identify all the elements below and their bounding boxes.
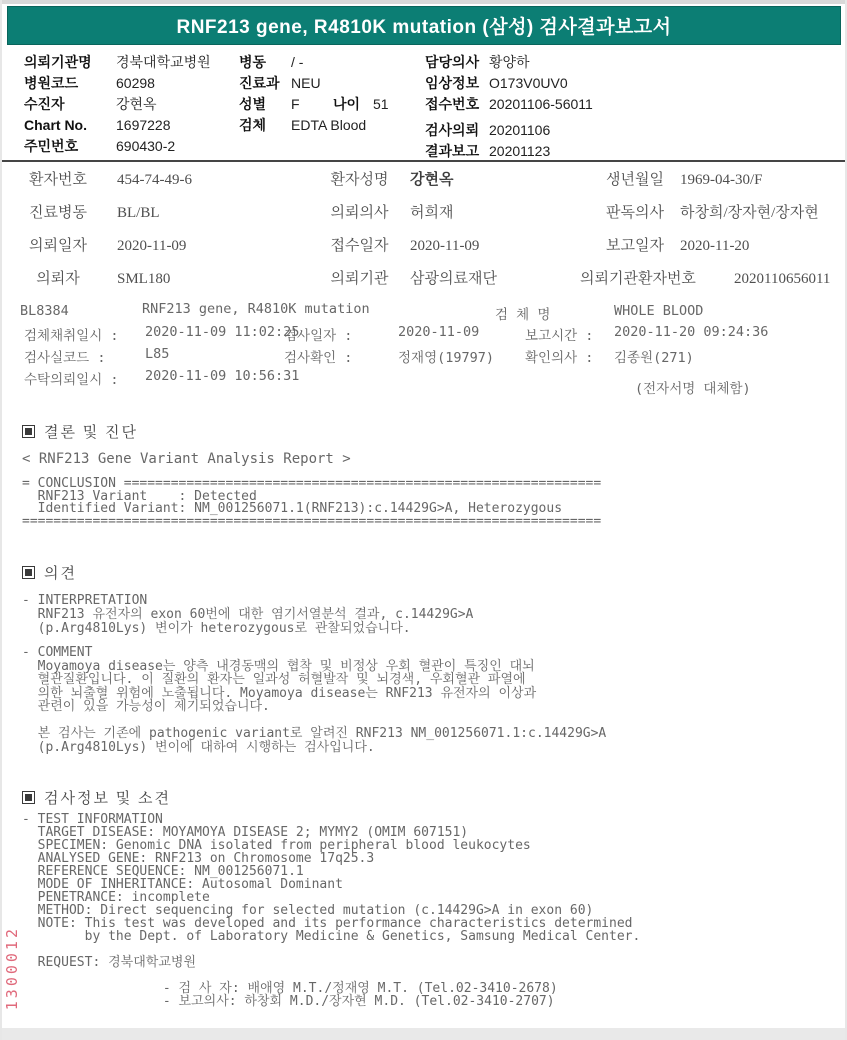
field-value: 20201106-56011 bbox=[489, 94, 593, 115]
header-field: 접수번호 20201106-56011 bbox=[425, 94, 725, 115]
field-value: 2020-11-09 bbox=[398, 324, 479, 340]
field-label: 병동 bbox=[239, 52, 291, 73]
field-value: 정재영(19797) bbox=[398, 346, 494, 366]
field-value: 2020110656011 bbox=[734, 271, 847, 287]
field-label: 의뢰자 bbox=[24, 271, 92, 288]
header-field: 주민번호 690430-2 bbox=[24, 136, 236, 157]
test-name: RNF213 gene, R4810K mutation bbox=[142, 301, 370, 317]
header-field: 병원코드 60298 bbox=[24, 73, 236, 94]
field-value: 경북대학교병원 bbox=[116, 52, 211, 73]
field-label: 검체 bbox=[239, 115, 291, 136]
field-value: NEU bbox=[291, 73, 321, 94]
field-label: 검사일자 : bbox=[284, 324, 352, 344]
field-value: O173V0UV0 bbox=[489, 73, 568, 94]
field-value: 1969-04-30/F bbox=[680, 172, 763, 189]
field-value: 51 bbox=[373, 94, 389, 115]
field-value: SML180 bbox=[117, 271, 170, 288]
field-label: 검사실코드 : bbox=[24, 346, 105, 366]
report-subtitle: < RNF213 Gene Variant Analysis Report > bbox=[22, 451, 351, 467]
field-value: 20201123 bbox=[489, 141, 550, 162]
field-value: F bbox=[291, 94, 333, 115]
header-info-col3: 담당의사 황양하 임상정보 O173V0UV0 접수번호 20201106-56… bbox=[425, 52, 725, 162]
field-label: 생년월일 bbox=[580, 172, 690, 189]
section-marker-icon bbox=[22, 425, 35, 438]
field-label: 병원코드 bbox=[24, 73, 116, 94]
field-label: 수진자 bbox=[24, 94, 116, 115]
field-value: 삼광의료재단 bbox=[410, 271, 497, 288]
field-label: 환자성명 bbox=[312, 172, 407, 189]
field-value: L85 bbox=[145, 346, 169, 362]
bottom-edge-strip bbox=[2, 1028, 845, 1040]
top-edge-strip bbox=[2, 0, 845, 4]
section-header-opinion: 의견 bbox=[22, 562, 77, 583]
field-label: 의뢰일자 bbox=[24, 238, 92, 255]
section-title: 결론 및 진단 bbox=[44, 425, 138, 441]
header-field: 검사의뢰 20201106 bbox=[425, 120, 725, 141]
field-label: 접수번호 bbox=[425, 94, 489, 115]
interpretation-text: - INTERPRETATION RNF213 유전자의 exon 60번에 대… bbox=[22, 594, 473, 636]
section-header-conclusion: 결론 및 진단 bbox=[22, 421, 138, 442]
field-label: 나이 bbox=[333, 94, 373, 115]
header-field: 진료과 NEU bbox=[239, 73, 421, 94]
field-label: 결과보고 bbox=[425, 141, 489, 162]
field-label: 보고시간 : bbox=[525, 324, 593, 344]
field-label: 의뢰기관명 bbox=[24, 52, 116, 73]
field-label: 검 체 명 bbox=[495, 303, 550, 323]
field-value: 454-74-49-6 bbox=[117, 172, 192, 189]
field-value: 2020-11-09 11:02:25 bbox=[145, 324, 299, 340]
field-label: 환자번호 bbox=[24, 172, 92, 189]
header-field: 결과보고 20201123 bbox=[425, 141, 725, 162]
comment-text: - COMMENT Moyamoya disease는 양측 내경동맥의 협착 … bbox=[22, 646, 606, 754]
field-value: 690430-2 bbox=[116, 136, 175, 157]
header-field: 성별 F 나이 51 bbox=[239, 94, 421, 115]
field-label: 진료과 bbox=[239, 73, 291, 94]
field-value: 황양하 bbox=[489, 52, 530, 73]
order-code: BL8384 bbox=[20, 303, 69, 319]
field-label: 성별 bbox=[239, 94, 291, 115]
field-value: / - bbox=[291, 52, 303, 73]
field-value: WHOLE BLOOD bbox=[614, 303, 703, 319]
field-value: 1697228 bbox=[116, 115, 171, 136]
page-title: RNF213 gene, R4810K mutation (삼성) 검사결과보고… bbox=[176, 12, 671, 39]
section-marker-icon bbox=[22, 566, 35, 579]
field-label: 임상정보 bbox=[425, 73, 489, 94]
patient-info-table: 환자번호 454-74-49-6 환자성명 강현옥 생년월일 1969-04-3… bbox=[2, 166, 845, 302]
field-value: 60298 bbox=[116, 73, 155, 94]
section-title: 검사정보 및 소견 bbox=[44, 791, 171, 807]
field-label: 접수일자 bbox=[312, 238, 407, 255]
field-label: 담당의사 bbox=[425, 52, 489, 73]
field-value: 허희재 bbox=[410, 205, 453, 222]
section-marker-icon bbox=[22, 791, 35, 804]
field-label: 의뢰기관환자번호 bbox=[580, 271, 690, 288]
field-label: 의뢰기관 bbox=[312, 271, 407, 288]
section-title: 의견 bbox=[44, 566, 77, 582]
field-value: 하창희/장자현/장자현 bbox=[680, 205, 819, 222]
field-label: 검사의뢰 bbox=[425, 120, 489, 141]
field-value: 2020-11-09 10:56:31 bbox=[145, 368, 299, 384]
field-label: 진료병동 bbox=[24, 205, 92, 222]
field-value: 2020-11-09 bbox=[410, 238, 479, 255]
field-value: BL/BL bbox=[117, 205, 160, 222]
header-field: 검체 EDTA Blood bbox=[239, 115, 421, 136]
field-value: 20201106 bbox=[489, 120, 550, 141]
header-info-col2: 병동 / - 진료과 NEU 성별 F 나이 51 검체 EDTA Blood bbox=[239, 52, 421, 136]
test-info-text: - TEST INFORMATION TARGET DISEASE: MOYAM… bbox=[22, 813, 640, 1008]
field-label: 검사확인 : bbox=[284, 346, 352, 366]
field-label: 확인의사 : bbox=[525, 346, 593, 366]
field-value: 강현옥 bbox=[116, 94, 157, 115]
field-label: 판독의사 bbox=[580, 205, 690, 222]
header-field: 병동 / - bbox=[239, 52, 421, 73]
field-label: Chart No. bbox=[24, 115, 116, 136]
report-page: RNF213 gene, R4810K mutation (삼성) 검사결과보고… bbox=[0, 0, 847, 1040]
field-value: EDTA Blood bbox=[291, 115, 366, 136]
field-value: 2020-11-20 bbox=[680, 238, 749, 255]
field-value: 2020-11-09 bbox=[117, 238, 186, 255]
field-label: 의뢰의사 bbox=[312, 205, 407, 222]
conclusion-text: = CONCLUSION ===========================… bbox=[22, 478, 601, 528]
field-label: 주민번호 bbox=[24, 136, 116, 157]
field-label: 보고일자 bbox=[580, 238, 690, 255]
header-field: 담당의사 황양하 bbox=[425, 52, 725, 73]
header-divider bbox=[2, 160, 845, 162]
header-info-col1: 의뢰기관명 경북대학교병원 병원코드 60298 수진자 강현옥 Chart N… bbox=[24, 52, 236, 157]
side-barcode-number: 1300012 bbox=[3, 926, 25, 1038]
field-value: 강현옥 bbox=[410, 172, 453, 189]
header-field: 수진자 강현옥 bbox=[24, 94, 236, 115]
esign-note: (전자서명 대체함) bbox=[635, 377, 751, 397]
title-bar: RNF213 gene, R4810K mutation (삼성) 검사결과보고… bbox=[7, 6, 841, 45]
header-field: 임상정보 O173V0UV0 bbox=[425, 73, 725, 94]
field-value: 2020-11-20 09:24:36 bbox=[614, 324, 768, 340]
side-code-text: 1300012 bbox=[3, 926, 21, 1010]
section-header-test-info: 검사정보 및 소견 bbox=[22, 787, 171, 808]
field-label: 수탁의뢰일시 : bbox=[24, 368, 119, 388]
header-field: Chart No. 1697228 bbox=[24, 115, 236, 136]
field-value: 김종원(271) bbox=[614, 346, 694, 366]
header-field: 의뢰기관명 경북대학교병원 bbox=[24, 52, 236, 73]
field-label: 검체채취일시 : bbox=[24, 324, 119, 344]
